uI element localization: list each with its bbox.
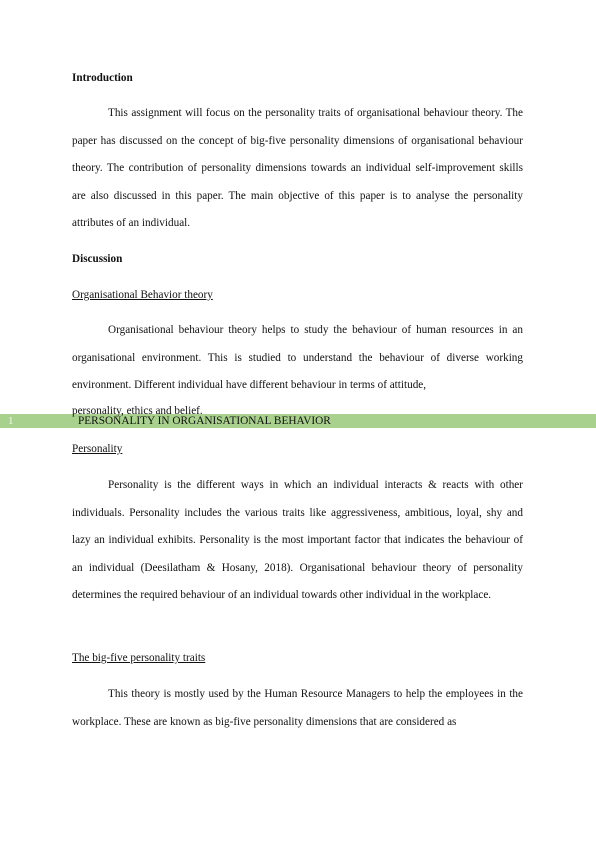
- document-page: Introduction This assignment will focus …: [0, 0, 596, 842]
- paragraph-personality: Personality is the different ways in whi…: [72, 472, 523, 610]
- heading-introduction: Introduction: [72, 72, 523, 84]
- subheading-personality: Personality: [72, 443, 523, 455]
- running-header-title: PERSONALITY IN ORGANISATIONAL BEHAVIOR: [78, 414, 331, 428]
- subheading-big-five: The big-five personality traits: [72, 652, 523, 664]
- heading-discussion: Discussion: [72, 253, 523, 265]
- paragraph-ob-theory: Organisational behaviour theory helps to…: [72, 317, 523, 400]
- paragraph-introduction: This assignment will focus on the person…: [72, 100, 523, 238]
- page-number: 1: [8, 414, 14, 428]
- subheading-ob-theory: Organisational Behavior theory: [72, 289, 523, 301]
- paragraph-big-five: This theory is mostly used by the Human …: [72, 681, 523, 736]
